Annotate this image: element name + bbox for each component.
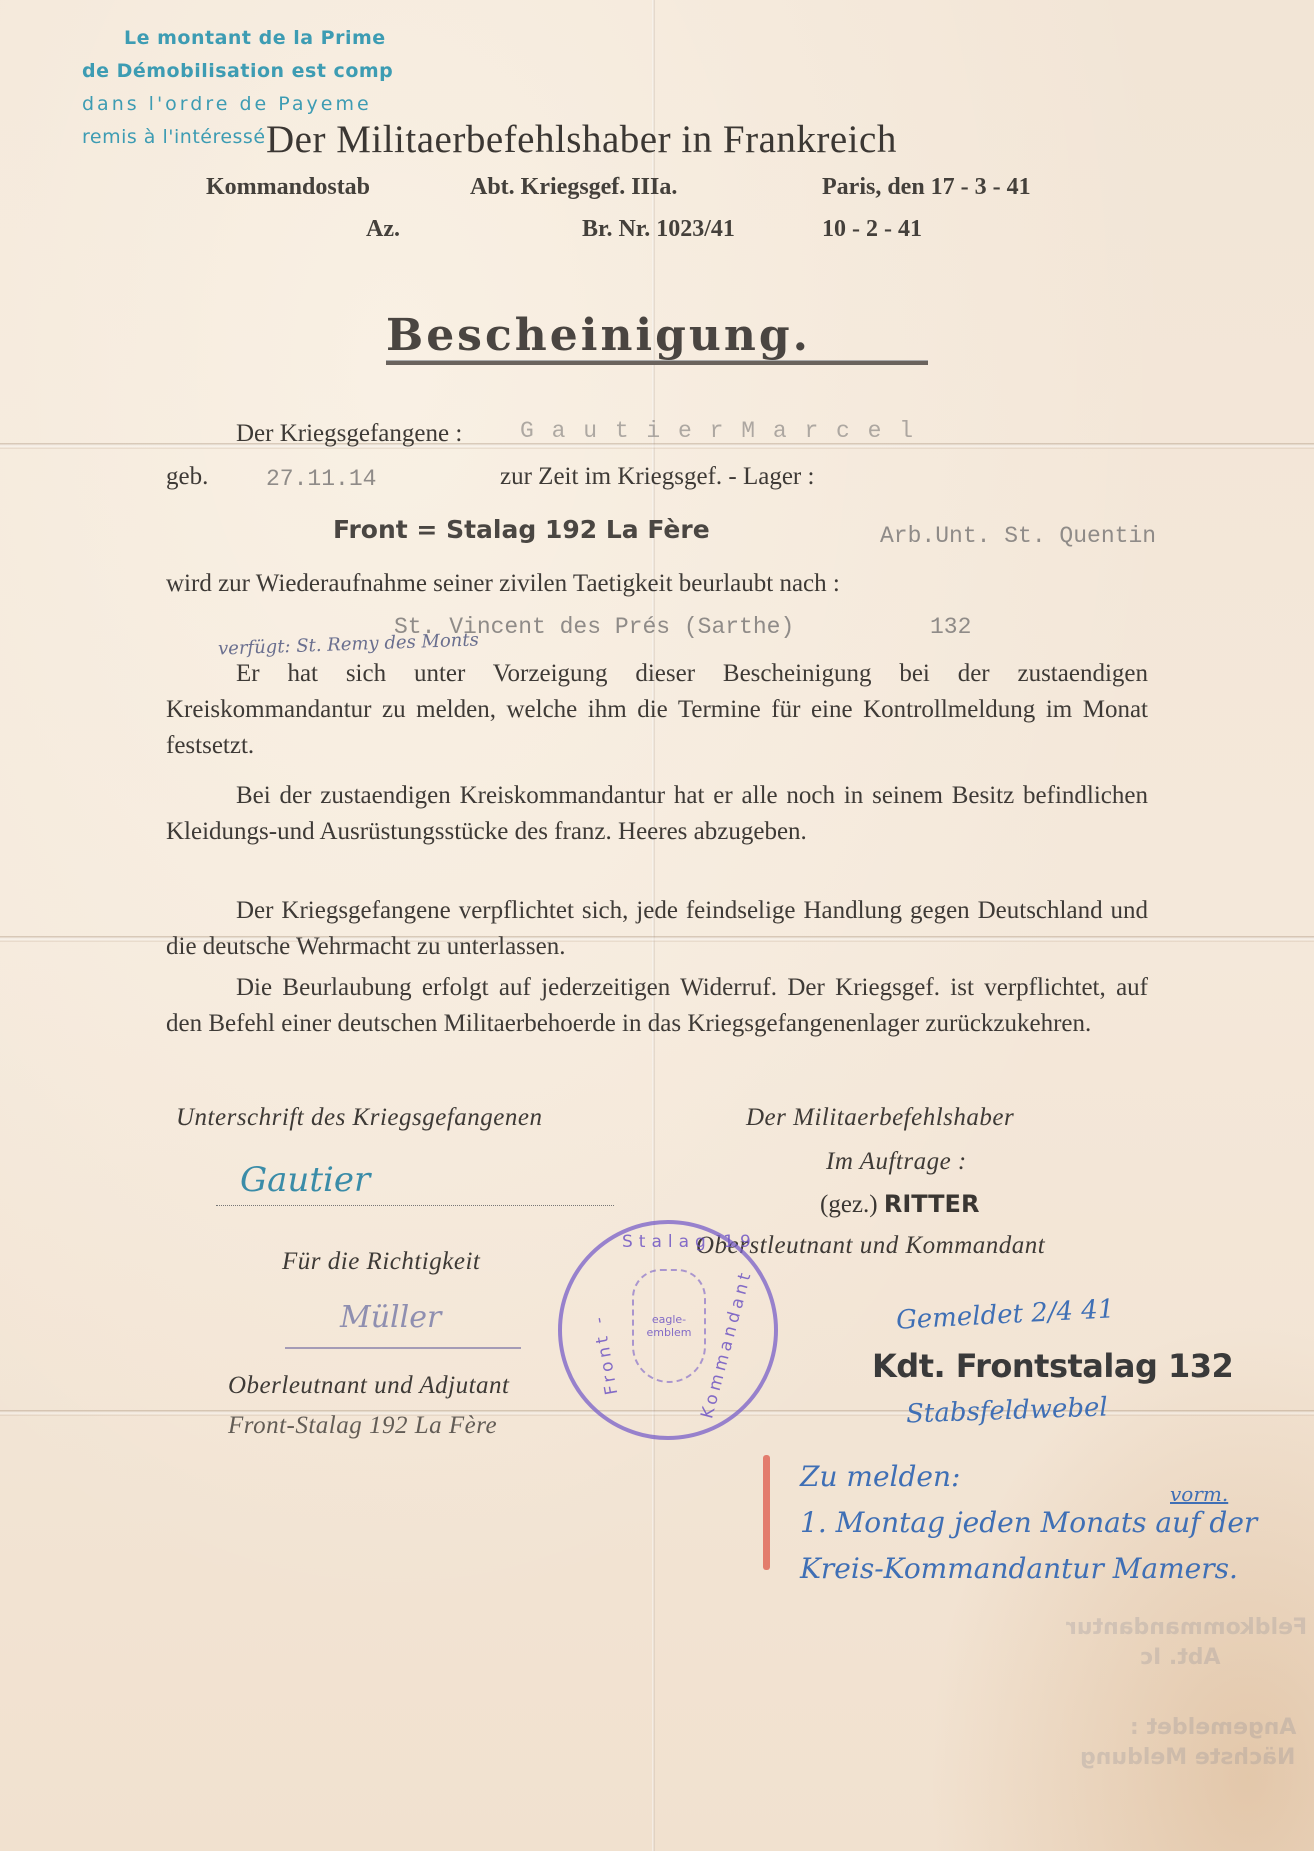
- adjutant-unit: Front-Stalag 192 La Fère: [228, 1412, 497, 1440]
- kommandostab: Kommandostab: [206, 174, 370, 201]
- paragraph-equipment: Bei der zustaendigen Kreiskommandantur h…: [166, 778, 1148, 850]
- commander-name-prefix: (gez.): [820, 1191, 878, 1218]
- released-to-label: wird zur Wiederaufnahme seiner zivilen T…: [166, 570, 840, 598]
- born-label: geb.: [166, 463, 208, 491]
- paragraph-obligation-text: Der Kriegsgefangene verpflichtet sich, j…: [166, 897, 1148, 960]
- br-nr: Br. Nr. 1023/41: [582, 216, 735, 243]
- prisoner-signature-label: Unterschrift des Kriegsgefangenen: [176, 1104, 542, 1132]
- note-line-2: 1. Montag jeden Monats auf der: [800, 1506, 1257, 1539]
- camp-detail: Arb.Unt. St. Quentin: [880, 523, 1156, 549]
- paragraph-equipment-text: Bei der zustaendigen Kreiskommandantur h…: [166, 782, 1148, 845]
- showthrough-line-1: Feldkommandantur: [1066, 1615, 1307, 1640]
- paragraph-revocation: Die Beurlaubung erfolgt auf jederzeitige…: [166, 970, 1148, 1042]
- french-stamp-line-1: Le montant de la Prime: [82, 22, 393, 55]
- note-line-3: Kreis-Kommandantur Mamers.: [800, 1552, 1238, 1585]
- prisoner-signature-line: [216, 1205, 614, 1206]
- prisoner-name: G a u t i e r M a r c e l: [520, 418, 915, 444]
- round-stamp-right-text: Kommandant: [698, 1267, 757, 1421]
- abteilung: Abt. Kriegsgef. IIIa.: [470, 174, 677, 201]
- destination-code: 132: [930, 614, 971, 640]
- br-date: 10 - 2 - 41: [822, 216, 922, 243]
- french-stamp-line-2: de Démobilisation est comp: [82, 55, 393, 88]
- on-behalf-text: Im Auftrage :: [826, 1148, 967, 1175]
- round-stamp-top-text: Stalag 19: [622, 1232, 757, 1252]
- prisoner-label: Der Kriegsgefangene :: [236, 420, 462, 448]
- adjutant-title: Oberleutnant und Adjutant: [228, 1372, 509, 1400]
- camp-name: Front = Stalag 192 La Fère: [333, 515, 710, 544]
- authority-heading: Der Militaerbefehlshaber in Frankreich: [266, 117, 897, 162]
- camp-label: zur Zeit im Kriegsgef. - Lager :: [500, 463, 814, 491]
- eagle-emblem-icon: eagle-emblem: [632, 1269, 706, 1383]
- paragraph-report: Er hat sich unter Vorzeigung dieser Besc…: [166, 656, 1148, 764]
- paragraph-revocation-text: Die Beurlaubung erfolgt auf jederzeitige…: [166, 974, 1148, 1037]
- title-underline: [386, 360, 928, 365]
- paragraph-report-text: Er hat sich unter Vorzeigung dieser Besc…: [166, 660, 1148, 759]
- official-round-stamp: Stalag 19 Front - Kommandant eagle-emble…: [558, 1220, 778, 1440]
- az-label: Az.: [366, 216, 400, 243]
- commander-label: Der Militaerbefehlshaber: [746, 1104, 1014, 1132]
- adjutant-signature-line: [285, 1347, 521, 1349]
- born-date: 27.11.14: [266, 466, 376, 492]
- place-date: Paris, den 17 - 3 - 41: [822, 174, 1031, 201]
- prisoner-signature: Gautier: [240, 1160, 370, 1200]
- showthrough-line-3: Angemeldet :: [1130, 1715, 1296, 1740]
- commander-name-line: (gez.) RITTER: [820, 1190, 979, 1219]
- kdt-frontstalag-stamp: Kdt. Frontstalag 132: [872, 1347, 1233, 1385]
- emblem-label: eagle-emblem: [634, 1313, 704, 1339]
- showthrough-line-2: Abt. Ic: [1140, 1645, 1221, 1670]
- note-insert: vorm.: [1170, 1482, 1228, 1506]
- correctness-label: Für die Richtigkeit: [282, 1248, 480, 1276]
- on-behalf-label: Im Auftrage :: [826, 1148, 967, 1176]
- paragraph-obligation: Der Kriegsgefangene verpflichtet sich, j…: [166, 893, 1148, 965]
- document-title: Bescheinigung.: [386, 310, 811, 361]
- commander-name: RITTER: [884, 1190, 980, 1218]
- red-pencil-mark: [763, 1455, 770, 1570]
- note-line-1: Zu melden:: [800, 1460, 960, 1493]
- round-stamp-left-text: Front -: [588, 1312, 622, 1397]
- adjutant-signature: Müller: [340, 1300, 441, 1335]
- showthrough-line-4: Nächste Meldung: [1080, 1745, 1295, 1770]
